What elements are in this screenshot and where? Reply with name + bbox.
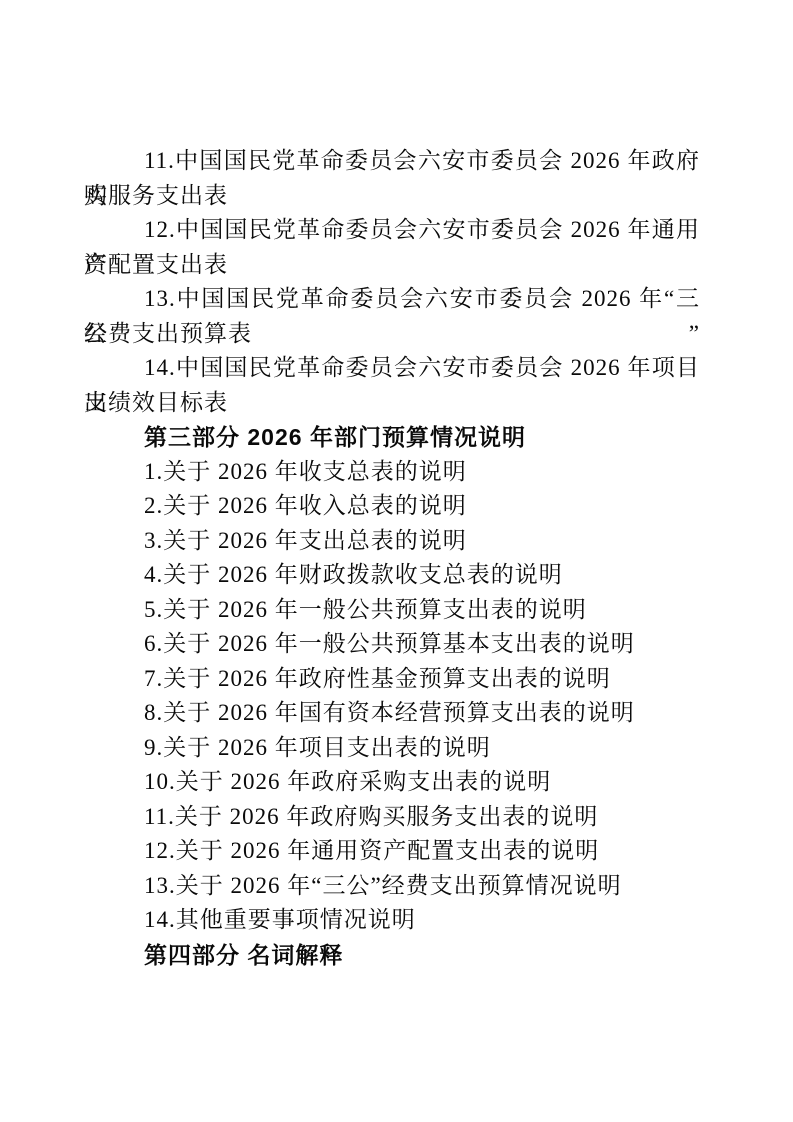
toc-line: 14.中国国民党革命委员会六安市委员会 2026 年项目支	[84, 351, 700, 386]
toc-line: 11.关于 2026 年政府购买服务支出表的说明	[84, 800, 700, 835]
toc-line: 6.关于 2026 年一般公共预算基本支出表的说明	[84, 627, 700, 662]
document-body: 11.中国国民党革命委员会六安市委员会 2026 年政府购买服务支出表12.中国…	[84, 144, 700, 972]
toc-line: 9.关于 2026 年项目支出表的说明	[84, 731, 700, 766]
toc-line: 5.关于 2026 年一般公共预算支出表的说明	[84, 593, 700, 628]
toc-line: 7.关于 2026 年政府性基金预算支出表的说明	[84, 662, 700, 697]
toc-line: 8.关于 2026 年国有资本经营预算支出表的说明	[84, 696, 700, 731]
toc-line: 4.关于 2026 年财政拨款收支总表的说明	[84, 558, 700, 593]
toc-line: 12.中国国民党革命委员会六安市委员会 2026 年通用资	[84, 213, 700, 248]
section-heading: 第四部分 名词解释	[84, 938, 700, 973]
toc-line: 10.关于 2026 年政府采购支出表的说明	[84, 765, 700, 800]
toc-line: 14.其他重要事项情况说明	[84, 903, 700, 938]
toc-line: 2.关于 2026 年收入总表的说明	[84, 489, 700, 524]
toc-line: 买服务支出表	[84, 179, 700, 214]
document-page: 11.中国国民党革命委员会六安市委员会 2026 年政府购买服务支出表12.中国…	[0, 0, 793, 1122]
toc-line: 3.关于 2026 年支出总表的说明	[84, 524, 700, 559]
toc-line: 产配置支出表	[84, 248, 700, 283]
toc-line: 1.关于 2026 年收支总表的说明	[84, 455, 700, 490]
toc-line: 11.中国国民党革命委员会六安市委员会 2026 年政府购	[84, 144, 700, 179]
toc-line: 13.中国国民党革命委员会六安市委员会 2026 年“三公”	[84, 282, 700, 317]
toc-line: 12.关于 2026 年通用资产配置支出表的说明	[84, 834, 700, 869]
toc-line: 出绩效目标表	[84, 386, 700, 421]
toc-line: 13.关于 2026 年“三公”经费支出预算情况说明	[84, 869, 700, 904]
section-heading: 第三部分 2026 年部门预算情况说明	[84, 420, 700, 455]
